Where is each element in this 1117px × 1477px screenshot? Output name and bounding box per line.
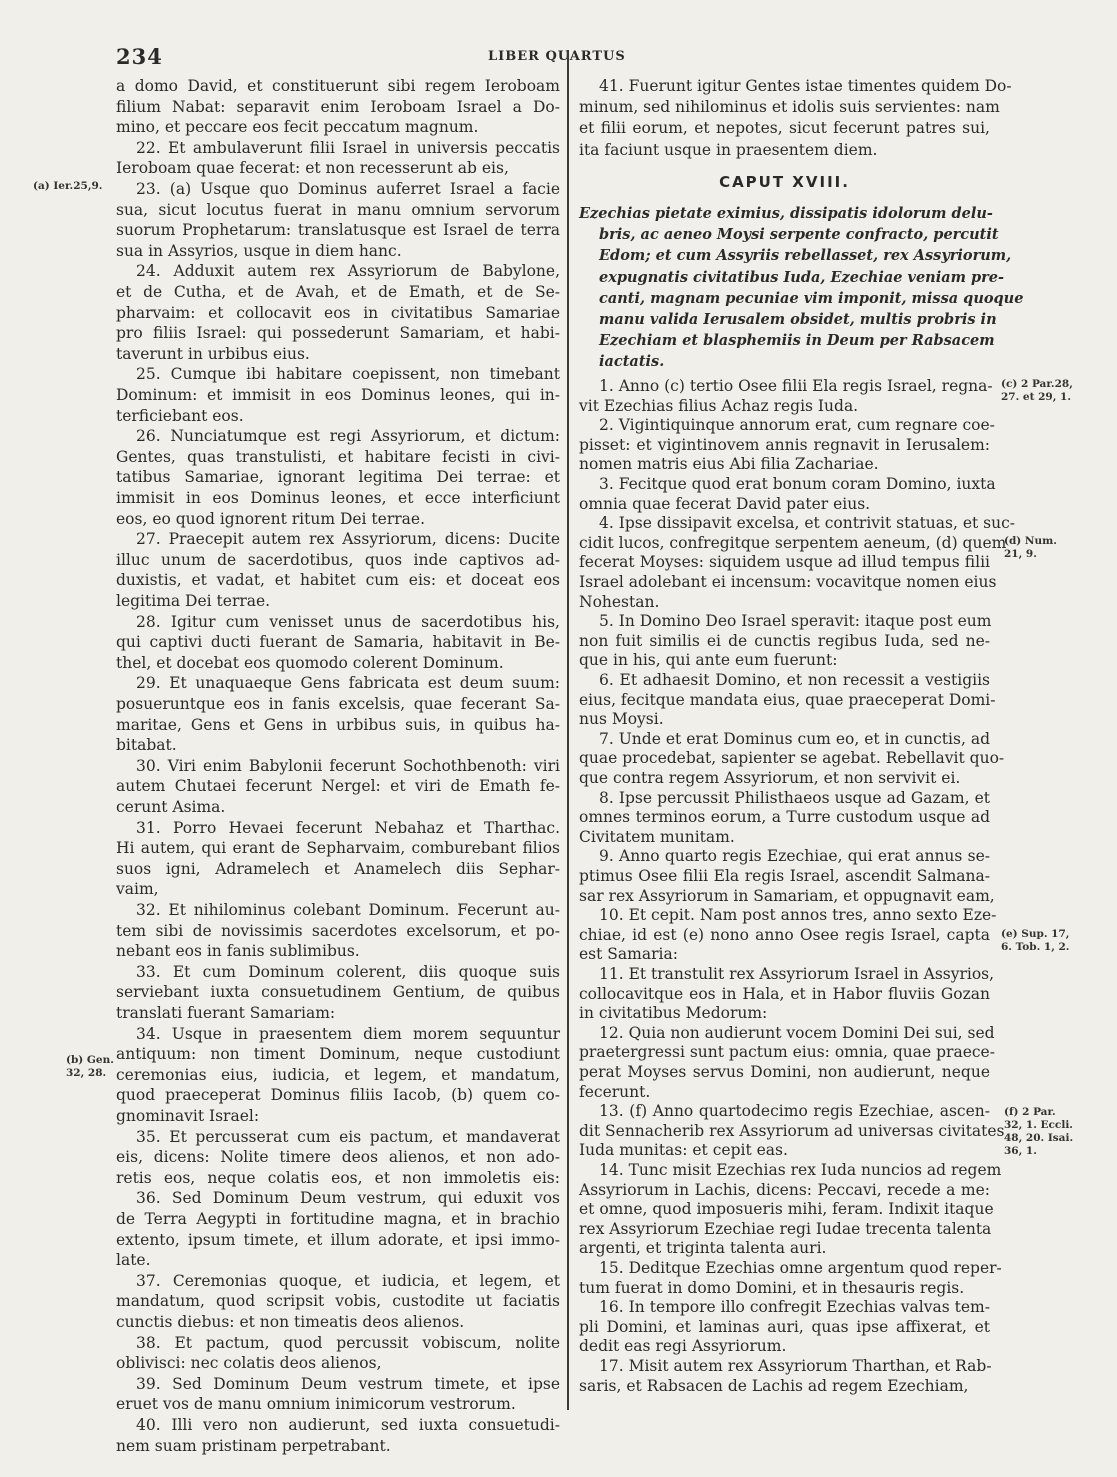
text-line: mino, et peccare eos fecit peccatum magn… [116, 117, 560, 137]
text-line: 8. Ipse percussit Philisthaeos usque ad … [579, 788, 990, 808]
text-line: suorum Prophetarum: translatusque est Is… [116, 220, 560, 240]
margin-note-f: (f) 2 Par. 32, 1. Eccli. 48, 20. Isai. 3… [1004, 1106, 1073, 1158]
text-line: saris, et Rabsacen de Lachis ad regem Ez… [579, 1376, 990, 1396]
text-line: 41. Fuerunt igitur Gentes istae timentes… [579, 76, 990, 96]
text-line: praetergressi sunt pactum eius: omnia, q… [579, 1042, 990, 1062]
text-line: fecerat Moyses: siquidem usque ad illud … [579, 552, 990, 572]
text-line: 23. (a) Usque quo Dominus auferret Israe… [116, 179, 560, 199]
text-line: 2. Vigintiquinque annorum erat, cum regn… [579, 415, 990, 435]
text-line: eis, dicens: Nolite timere deos alienos,… [116, 1147, 560, 1167]
chapter-summary-line: iactatis. [579, 352, 990, 372]
text-line: late. [116, 1250, 560, 1270]
text-line: 35. Et percusserat cum eis pactum, et ma… [116, 1127, 560, 1147]
text-line: duxistis, et vadat, et habitet cum eis: … [116, 570, 560, 590]
text-line: extento, ipsum timete, et illum adorate,… [116, 1230, 560, 1250]
text-line: 10. Et cepit. Nam post annos tres, anno … [579, 905, 990, 925]
text-line: ptimus Osee filii Ela regis Israel, asce… [579, 866, 990, 886]
text-line: autem Chutaei fecerunt Nergel: et viri d… [116, 776, 560, 796]
chapter-summary-line: Ezechias pietate eximius, dissipatis ido… [579, 204, 990, 224]
text-line: posueruntque eos in fanis excelsis, quae… [116, 694, 560, 714]
text-line: 29. Et unaquaeque Gens fabricata est deu… [116, 673, 560, 693]
chapter-summary-line: bris, ac aeneo Moysi serpente confracto,… [579, 225, 990, 245]
chapter-summary-line: Ezechiam et blasphemiis in Deum per Rabs… [579, 331, 990, 351]
text-line: que in his, qui ante eum fuerunt: [579, 650, 990, 670]
text-line: collocavitque eos in Hala, et in Habor f… [579, 984, 990, 1004]
text-line: pli Domini, et laminas auri, quas ipse a… [579, 1317, 990, 1337]
text-line: Nohestan. [579, 592, 990, 612]
running-title: LIBER QUARTUS [488, 49, 626, 73]
text-line: bitabat. [116, 735, 560, 755]
text-line: 7. Unde et erat Dominus cum eo, et in cu… [579, 729, 990, 749]
text-line: immisit in eos Dominus leones, et ecce i… [116, 488, 560, 508]
text-line: 39. Sed Dominum Deum vestrum timete, et … [116, 1374, 560, 1394]
text-line: vaim, [116, 879, 560, 899]
text-line: perat Moyses servus Domini, non audierun… [579, 1062, 990, 1082]
text-line: de Terra Aegypti in fortitudine magna, e… [116, 1209, 560, 1229]
text-line: 9. Anno quarto regis Ezechiae, qui erat … [579, 846, 990, 866]
text-line: rex Assyriorum Ezechiae regi Iudae trece… [579, 1219, 990, 1239]
text-line: ceremonias eius, iudicia, et legem, et m… [116, 1065, 560, 1085]
text-line: eos, eo quod ignorent ritum Dei terrae. [116, 509, 560, 529]
text-line: 12. Quia non audierunt vocem Domini Dei … [579, 1023, 990, 1043]
chapter-summary-line: manu valida Ierusalem obsidet, multis pr… [579, 310, 990, 330]
book-page: 234 LIBER QUARTUS a domo David, et const… [0, 0, 1117, 1477]
text-line: 14. Tunc misit Ezechias rex Iuda nuncios… [579, 1160, 990, 1180]
text-line: sua in Assyrios, usque in diem hanc. [116, 241, 560, 261]
text-line: argenti, et triginta talenta auri. [579, 1238, 990, 1258]
text-line: nebant eos in fanis sublimibus. [116, 941, 560, 961]
text-line: 38. Et pactum, quod percussit vobiscum, … [116, 1333, 560, 1353]
text-line: oblivisci: nec colatis deos alienos, [116, 1353, 560, 1373]
text-line: 32. Et nihilominus colebant Dominum. Fec… [116, 900, 560, 920]
text-line: dedit eas regi Assyriorum. [579, 1336, 990, 1356]
text-line: cidit lucos, confregitque serpentem aene… [579, 533, 990, 553]
margin-note-a: (a) Ier.25,9. [33, 180, 102, 193]
text-line: sar rex Assyriorum in Samariam, et oppug… [579, 886, 990, 906]
text-line: tum fuerat in domo Domini, et in thesaur… [579, 1278, 990, 1298]
text-line: 26. Nunciatumque est regi Assyriorum, et… [116, 426, 560, 446]
text-line: et omne, quod imposueris mihi, feram. In… [579, 1199, 990, 1219]
chapter-summary-line: expugnatis civitatibus Iuda, Ezechiae ve… [579, 268, 990, 288]
chapter-summary-line: canti, magnam pecuniae vim imponit, miss… [579, 289, 990, 309]
text-line: 16. In tempore illo confregit Ezechias v… [579, 1297, 990, 1317]
text-line: 40. Illi vero non audierunt, sed iuxta c… [116, 1415, 560, 1435]
text-line: nem suam pristinam perpetrabant. [116, 1436, 560, 1456]
text-line: 4. Ipse dissipavit excelsa, et contrivit… [579, 513, 990, 533]
text-line: 31. Porro Hevaei fecerunt Nebahaz et Tha… [116, 818, 560, 838]
text-line: a domo David, et constituerunt sibi rege… [116, 76, 560, 96]
chapter-summary-line: Edom; et cum Assyriis rebellasset, rex A… [579, 246, 990, 266]
text-line: pharvaim: et collocavit eos in civitatib… [116, 303, 560, 323]
text-line: 13. (f) Anno quartodecimo regis Ezechiae… [579, 1101, 990, 1121]
text-line: ita faciunt usque in praesentem diem. [579, 140, 990, 160]
text-line: Israel adolebant ei incensum: vocavitque… [579, 572, 990, 592]
margin-note-d: (d) Num. 21, 9. [1004, 535, 1057, 561]
text-line: Hi autem, qui erant de Sepharvaim, combu… [116, 838, 560, 858]
text-line: 22. Et ambulaverunt filii Israel in univ… [116, 138, 560, 158]
text-line: filium Nabat: separavit enim Ieroboam Is… [116, 97, 560, 117]
text-line: Dominum: et immisit in eos Dominus leone… [116, 385, 560, 405]
text-line: que contra regem Assyriorum, et non serv… [579, 768, 990, 788]
text-line: omnia quae fecerat David pater eius. [579, 494, 990, 514]
text-line: sua, sicut locutus fuerat in manu omnium… [116, 200, 560, 220]
text-line: quae procedebat, sapienter se agebat. Re… [579, 748, 990, 768]
text-line: tatibus Samariae, ignorant legitima Dei … [116, 467, 560, 487]
margin-note-b: (b) Gen. 32, 28. [66, 1054, 114, 1080]
text-line: maritae, Gens et Gens in urbibus suis, i… [116, 715, 560, 735]
text-line: 33. Et cum Dominum colerent, diis quoque… [116, 962, 560, 982]
text-line: dit Sennacherib rex Assyriorum ad univer… [579, 1121, 990, 1141]
text-line: 3. Fecitque quod erat bonum coram Domino… [579, 474, 990, 494]
text-line: Gentes, quas transtulisti, et habitare f… [116, 447, 560, 467]
text-line: 25. Cumque ibi habitare coepissent, non … [116, 364, 560, 384]
text-line: eius, fecitque mandata eius, quae praece… [579, 690, 990, 710]
text-line: tem sibi de novissimis sacerdotes excels… [116, 921, 560, 941]
text-line: Ieroboam quae fecerat: et non recesserun… [116, 158, 560, 178]
text-line: 1. Anno (c) tertio Osee filii Ela regis … [579, 376, 990, 396]
text-line: terficiebant eos. [116, 406, 560, 426]
text-line: 34. Usque in praesentem diem morem sequu… [116, 1024, 560, 1044]
page-number: 234 [116, 44, 163, 68]
margin-note-e: (e) Sup. 17, 6. Tob. 1, 2. [1001, 928, 1069, 954]
text-line: Assyriorum in Lachis, dicens: Peccavi, r… [579, 1180, 990, 1200]
text-line: eruet vos de manu omnium inimicorum vest… [116, 1394, 560, 1414]
text-line: 11. Et transtulit rex Assyriorum Israel … [579, 964, 990, 984]
text-line: qui captivi ducti fuerant de Samaria, ha… [116, 632, 560, 652]
text-line: antiquum: non timent Dominum, neque cust… [116, 1044, 560, 1064]
text-line: 28. Igitur cum venisset unus de sacerdot… [116, 612, 560, 632]
text-line: 36. Sed Dominum Deum vestrum, qui eduxit… [116, 1188, 560, 1208]
margin-note-c: (c) 2 Par.28, 27. et 29, 1. [1001, 378, 1073, 404]
text-line: serviebant iuxta consuetudinem Gentium, … [116, 982, 560, 1002]
text-line: quod praeceperat Dominus filiis Iacob, (… [116, 1085, 560, 1105]
text-line: legitima Dei terrae. [116, 591, 560, 611]
column-divider [567, 50, 569, 1410]
text-line: 37. Ceremonias quoque, et iudicia, et le… [116, 1271, 560, 1291]
text-line: chiae, id est (e) nono anno Osee regis I… [579, 925, 990, 945]
text-line: cerunt Asima. [116, 797, 560, 817]
text-line: Civitatem munitam. [579, 827, 990, 847]
text-line: 27. Praecepit autem rex Assyriorum, dice… [116, 529, 560, 549]
text-line: gnominavit Israel: [116, 1106, 560, 1126]
text-line: 24. Adduxit autem rex Assyriorum de Baby… [116, 261, 560, 281]
text-line: nus Moysi. [579, 709, 990, 729]
text-line: thel, et docebat eos quomodo colerent Do… [116, 653, 560, 673]
text-line: et de Cutha, et de Avah, et de Emath, et… [116, 282, 560, 302]
text-line: retis eos, neque colatis eos, et non imm… [116, 1168, 560, 1188]
text-line: fecerunt. [579, 1082, 990, 1102]
text-line: 6. Et adhaesit Domino, et non recessit a… [579, 670, 990, 690]
text-line: 17. Misit autem rex Assyriorum Tharthan,… [579, 1356, 990, 1376]
text-line: in civitatibus Medorum: [579, 1003, 990, 1023]
text-line: nomen matris eius Abi filia Zachariae. [579, 454, 990, 474]
text-line: minum, sed nihilominus et idolis suis se… [579, 97, 990, 117]
text-line: vit Ezechias filius Achaz regis Iuda. [579, 396, 990, 416]
text-line: pisset: et vigintinovem annis regnavit i… [579, 435, 990, 455]
text-line: 15. Deditque Ezechias omne argentum quod… [579, 1258, 990, 1278]
text-line: non fuit similis ei de cunctis regibus I… [579, 631, 990, 651]
text-line: est Samaria: [579, 944, 990, 964]
text-line: Iuda munitas: et cepit eas. [579, 1140, 990, 1160]
text-line: 5. In Domino Deo Israel speravit: itaque… [579, 611, 990, 631]
chapter-title: CAPUT XVIII. [579, 173, 990, 191]
text-line: illuc unum de sacerdotibus, quos inde ca… [116, 550, 560, 570]
text-line: et filii eorum, et nepotes, sicut feceru… [579, 118, 990, 138]
text-line: suos igni, Adramelech et Anamelech diis … [116, 859, 560, 879]
text-line: omnes terminos eorum, a Turre custodum u… [579, 807, 990, 827]
text-line: 30. Viri enim Babylonii fecerunt Sochoth… [116, 756, 560, 776]
text-line: cunctis diebus: et non timeatis deos ali… [116, 1312, 560, 1332]
text-line: translati fuerant Samariam: [116, 1003, 560, 1023]
text-line: pro filiis Israel: qui possederunt Samar… [116, 323, 560, 343]
text-line: taverunt in urbibus eius. [116, 344, 560, 364]
text-line: mandatum, quod scripsit vobis, custodite… [116, 1291, 560, 1311]
